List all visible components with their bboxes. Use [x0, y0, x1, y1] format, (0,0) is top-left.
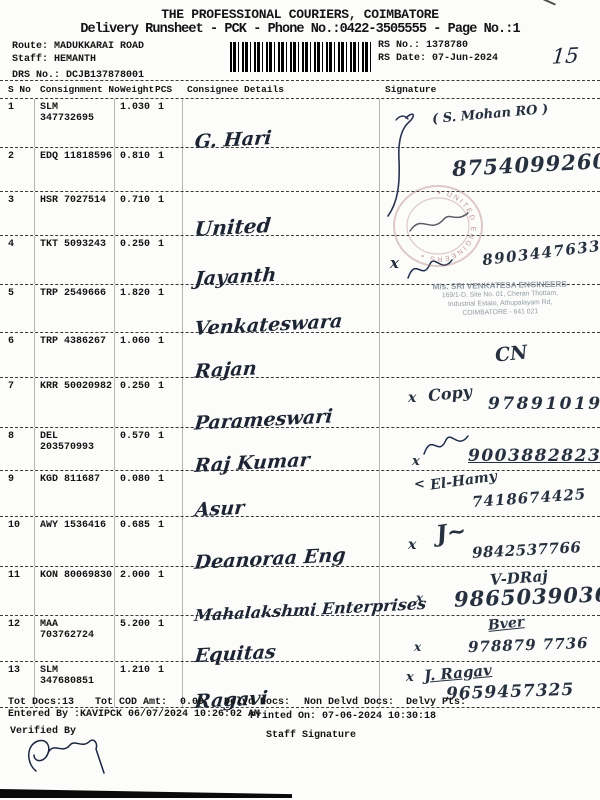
cell-weight: 0.710	[115, 192, 155, 235]
cell-pcs: 1	[155, 616, 183, 661]
cell-consignee: Parameswari	[183, 378, 380, 427]
signature-x-mark: x	[408, 390, 416, 406]
header-signature: Signature	[385, 84, 436, 95]
signature-handwriting: ( S. Mohan RO )	[432, 102, 549, 127]
signature-phone-number: 9003882823	[468, 446, 600, 466]
tot-docs-label: Tot Docs:	[8, 697, 62, 708]
table-row: 13SLM 3476808511.2101RagavixJ. Ragav9659…	[0, 662, 600, 708]
cell-consignee: Venkateswara	[183, 285, 380, 332]
cell-consignee: Equitas	[183, 616, 380, 661]
route-label: Route:	[12, 41, 48, 52]
cell-consignee: G. Hari	[183, 99, 380, 147]
cell-serial-no: 7	[0, 378, 35, 427]
route-line: Route: MADUKKARAI ROAD	[12, 40, 144, 53]
table-row: 11KON 800698302.0001Mahalakshmi Enterpri…	[0, 567, 600, 616]
signature-handwriting: J~	[434, 517, 468, 548]
cell-consignee: Raj Kumar	[183, 428, 380, 470]
table-row: 10AWY 15364160.6851Deanoraa EngxJ~984253…	[0, 517, 600, 567]
signature-x-mark: x	[412, 454, 420, 469]
header-pcs: PCS	[155, 84, 172, 95]
header-consignment: Consignment No	[40, 84, 120, 95]
cell-signature: <El-Hamy7418674425	[380, 471, 600, 516]
cell-serial-no: 1	[0, 99, 35, 147]
page-title: THE PROFESSIONAL COURIERS, COIMBATORE	[0, 7, 600, 22]
signature-x-mark: x	[414, 640, 421, 654]
cell-signature: xJ~9842537766	[380, 517, 600, 566]
cell-weight: 0.810	[115, 148, 155, 191]
non-delvd-docs-label: Non Delvd Docs:	[304, 697, 394, 708]
rs-no-label: RS No.:	[378, 40, 420, 51]
signature-phone-number: 9865039036	[454, 581, 600, 611]
staff-value: HEMANTH	[54, 54, 96, 65]
signature-phone-number: 9842537766	[472, 538, 582, 562]
cell-pcs: 1	[155, 567, 183, 615]
cell-consignment-no: HSR 7027514	[35, 192, 115, 235]
cell-weight: 0.685	[115, 517, 155, 566]
cell-signature: xBver978879 7736	[380, 616, 600, 661]
signature-handwriting: El-Hamy	[429, 468, 498, 493]
cell-serial-no: 9	[0, 471, 35, 516]
barcode	[230, 42, 372, 72]
cell-pcs: 1	[155, 99, 183, 147]
cell-serial-no: 2	[0, 148, 35, 191]
table-header-row: S No Consignment No Weight PCS Consignee…	[0, 80, 600, 99]
table-row: 8DEL 2035709930.5701Raj Kumarx9003882823	[0, 428, 600, 471]
printed-on: Printed On: 07-06-2024 10:30:18	[250, 711, 436, 722]
runsheet-page: THE PROFESSIONAL COURIERS, COIMBATORE De…	[0, 0, 600, 800]
cell-serial-no: 8	[0, 428, 35, 470]
cell-serial-no: 4	[0, 236, 35, 284]
scan-artifact-wedge	[0, 786, 292, 798]
signature-x-mark: <	[414, 477, 425, 492]
cell-serial-no: 12	[0, 616, 35, 661]
cell-weight: 1.820	[115, 285, 155, 332]
staff-line: Staff: HEMANTH	[12, 53, 144, 66]
cell-pcs: 1	[155, 285, 183, 332]
round-stamp: • UNITED ENGINEERS •	[390, 183, 486, 271]
signature-handwriting: J. Ragav	[423, 661, 492, 685]
table-row: 7KRR 500209820.2501ParameswarixCopy97891…	[0, 378, 600, 428]
signature-scribble	[422, 428, 470, 462]
signature-x-mark: x	[406, 670, 414, 685]
table-row: 2EDQ 118185960.81018754099260	[0, 148, 600, 192]
table-row: 9KGD 8116870.0801Asur<El-Hamy7418674425	[0, 471, 600, 517]
cell-consignment-no: KON 80069830	[35, 567, 115, 615]
rs-date-value: 07-Jun-2024	[432, 53, 498, 64]
cell-signature: xV-DRaj9865039036	[380, 567, 600, 615]
cell-consignee: Deanoraa Eng	[183, 517, 380, 566]
cell-signature: x9003882823	[380, 428, 600, 470]
delvy-pts-label: Delvy Pts:	[406, 697, 466, 708]
cell-weight: 1.060	[115, 333, 155, 377]
rs-date-label: RS Date:	[378, 53, 426, 64]
rs-date-line: RS Date: 07-Jun-2024	[378, 52, 498, 65]
cell-weight: 1.030	[115, 99, 155, 147]
cell-pcs: 1	[155, 428, 183, 470]
cell-pcs: 1	[155, 471, 183, 516]
scan-pen-mark	[543, 0, 556, 6]
address-stamp: M/s. SRI VENKATESA ENGINEERS 169/1-D, Si…	[402, 279, 599, 319]
cell-consignment-no: DEL 203570993	[35, 428, 115, 470]
cell-pcs: 1	[155, 192, 183, 235]
cell-pcs: 1	[155, 333, 183, 377]
cell-consignee: Jayanth	[183, 236, 380, 284]
rs-info-block: RS No.: 1378780 RS Date: 07-Jun-2024	[378, 39, 498, 65]
cell-consignment-no: TRP 4386267	[35, 333, 115, 377]
signature-x-mark: x	[416, 591, 423, 605]
cell-serial-no: 3	[0, 192, 35, 235]
cell-weight: 0.080	[115, 471, 155, 516]
header-sno: S No	[8, 84, 31, 95]
signature-phone-number: 8903447633	[481, 237, 600, 269]
tot-cod-value: 0.00	[180, 697, 204, 708]
staff-label: Staff:	[12, 54, 48, 65]
table-row: 4TKT 50932430.2501Jayanthx8903447633	[0, 236, 600, 285]
cell-serial-no: 10	[0, 517, 35, 566]
page-subtitle: Delivery Runsheet - PCK - Phone No.:0422…	[0, 22, 600, 37]
tot-docs-value: 13	[62, 697, 74, 708]
table-row: 3HSR 70275140.7101United	[0, 192, 600, 236]
cell-weight: 2.000	[115, 567, 155, 615]
cell-consignee: Asur	[183, 471, 380, 516]
cell-weight: 0.250	[115, 236, 155, 284]
rs-no-line: RS No.: 1378780	[378, 39, 498, 52]
cell-consignment-no: TKT 5093243	[35, 236, 115, 284]
cell-weight: 5.200	[115, 616, 155, 661]
cell-weight: 0.570	[115, 428, 155, 470]
signature-handwriting: Bver	[487, 614, 525, 634]
entered-by: Entered By :KAVIPCK 06/07/2024 10:26:02 …	[8, 709, 260, 720]
cell-consignment-no: AWY 1536416	[35, 517, 115, 566]
cell-consignment-no: KRR 50020982	[35, 378, 115, 427]
signature-handwriting: CN	[494, 341, 529, 366]
staff-signature-label: Staff Signature	[266, 730, 356, 741]
tot-cod-label: Tot COD Amt:	[95, 697, 167, 708]
handwritten-corner-note: 15	[551, 43, 580, 68]
cell-consignment-no: KGD 811687	[35, 471, 115, 516]
table-body: 1SLM 3477326951.0301G. Hari( S. Mohan RO…	[0, 99, 600, 708]
cell-consignment-no: SLM 347732695	[35, 99, 115, 147]
cell-serial-no: 5	[0, 285, 35, 332]
table-row: 6TRP 43862671.0601RajanCN	[0, 333, 600, 378]
delvd-docs-label: Delvd Docs:	[224, 697, 290, 708]
table-row: 12MAA 7037627245.2001EquitasxBver978879 …	[0, 616, 600, 662]
cell-pcs: 1	[155, 378, 183, 427]
signature-handwriting: Copy	[427, 382, 473, 405]
cell-consignee: Mahalakshmi Enterprises	[183, 567, 380, 615]
signature-phone-number: 7418674425	[472, 485, 587, 511]
cell-pcs: 1	[155, 236, 183, 284]
cell-consignment-no: TRP 2549666	[35, 285, 115, 332]
cell-pcs: 1	[155, 148, 183, 191]
cell-consignee: Rajan	[183, 333, 380, 377]
cell-signature: CN	[380, 333, 600, 377]
route-value: MADUKKARAI ROAD	[54, 41, 144, 52]
verified-by-signature	[22, 733, 114, 779]
svg-text:• UNITED ENGINEERS •: • UNITED ENGINEERS •	[419, 190, 477, 262]
signature-phone-number: 978879 7736	[468, 634, 589, 656]
header-weight: Weight	[120, 84, 154, 95]
cell-consignment-no: MAA 703762724	[35, 616, 115, 661]
cell-serial-no: 11	[0, 567, 35, 615]
rs-no-value: 1378780	[426, 40, 468, 51]
cell-consignee	[183, 148, 380, 191]
cell-weight: 0.250	[115, 378, 155, 427]
signature-x-mark: x	[408, 537, 416, 553]
cell-consignment-no: EDQ 11818596	[35, 148, 115, 191]
cell-consignee: United	[183, 192, 380, 235]
cell-serial-no: 6	[0, 333, 35, 377]
runsheet-table: S No Consignment No Weight PCS Consignee…	[0, 80, 600, 708]
signature-phone-number: 8754099260	[451, 148, 600, 181]
signature-phone-number: 9789101952	[488, 394, 600, 414]
header-consignee: Consignee Details	[187, 84, 284, 95]
table-row: 1SLM 3477326951.0301G. Hari( S. Mohan RO…	[0, 99, 600, 148]
cell-pcs: 1	[155, 517, 183, 566]
route-staff-block: Route: MADUKKARAI ROAD Staff: HEMANTH DR…	[12, 40, 144, 82]
cell-signature: xCopy9789101952	[380, 378, 600, 427]
round-stamp-text: • UNITED ENGINEERS •	[419, 190, 477, 262]
